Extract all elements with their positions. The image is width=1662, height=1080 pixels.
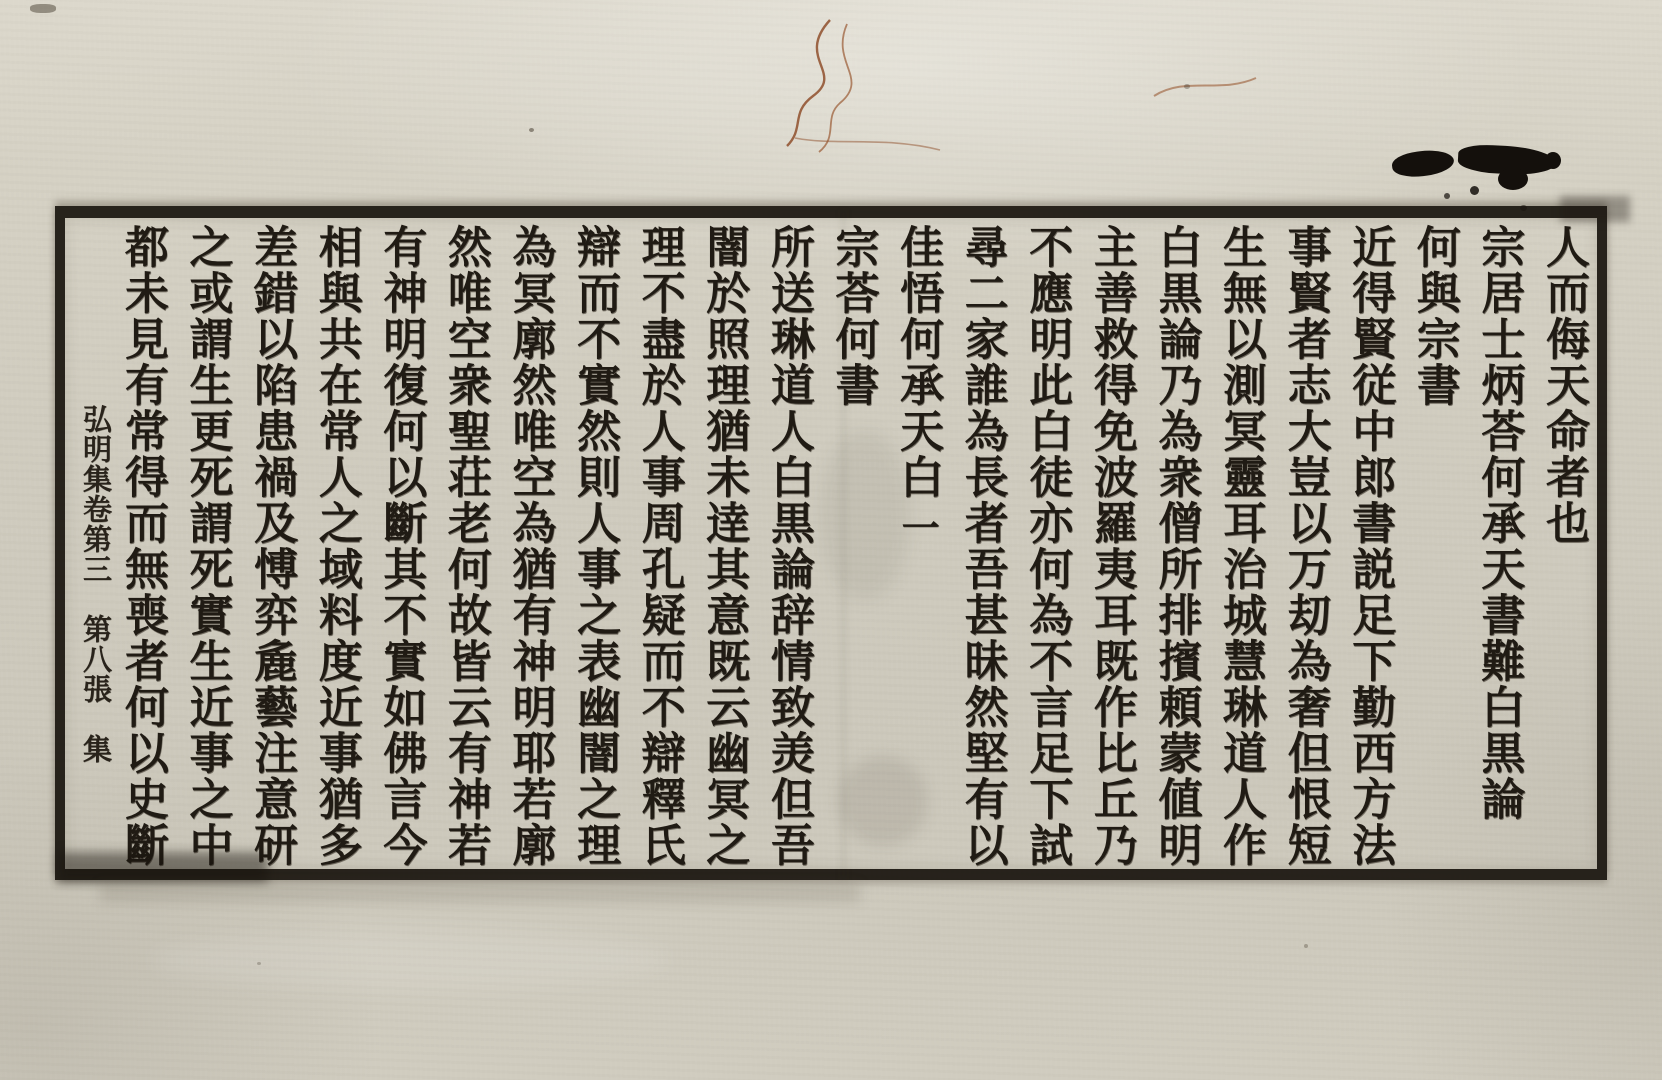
ink-blot-speck [1470,186,1479,195]
margin-fascicle-label: 弘明集卷第三 第八張 集 [75,404,117,764]
text-column-9: 不應明此白徒亦何為不言足下試 [1014,224,1079,872]
text-column-3: 何與宗書 [1401,224,1466,872]
manuscript-page: 人而侮天命者也宗居士炳荅何承天書難白黒論何與宗書近得賢従中郎書説足下勤西方法事賢… [0,0,1662,1080]
speck [1304,944,1308,948]
text-column-8: 主善救得免波羅夷耳既作比丘乃 [1078,224,1143,872]
text-column-5: 事賢者志大豈以万刧為奢但恨短 [1272,224,1337,872]
text-column-17: 為冥廓然唯空為猶有神明耶若廓 [497,224,562,872]
ink-blot [1498,168,1528,190]
text-column-11: 佳悟何承天白一 [884,224,949,872]
text-column-10: 尋二家誰為長者吾甚昧然堅有以 [949,224,1014,872]
text-column-16: 辯而不實然則人事之表幽闇之理 [562,224,627,872]
speck [30,4,56,13]
text-column-23: 都未見有常得而無喪者何以史斷 [109,224,174,872]
text-column-4: 近得賢従中郎書説足下勤西方法 [1337,224,1402,872]
ink-blot [1545,152,1561,169]
ink-blot-speck [1444,193,1450,199]
text-column-15: 理不盡於人事周孔疑而不辯釋氏 [626,224,691,872]
text-column-18: 然唯空衆聖荘老何故皆云有神若 [432,224,497,872]
text-block-frame: 人而侮天命者也宗居士炳荅何承天書難白黒論何與宗書近得賢従中郎書説足下勤西方法事賢… [55,206,1607,880]
paper-fiber-curl [735,18,965,168]
letter-end-mark: 一 [884,508,949,548]
paper-highlight [150,930,670,990]
text-column-21: 差錯以陷患禍及愽弈麁藝注意研 [239,224,304,872]
speck [529,128,534,132]
paper-fiber-strand [1150,66,1260,106]
text-column-2: 宗居士炳荅何承天書難白黒論 [1466,224,1531,872]
text-column-12: 宗荅何書 [820,224,885,872]
text-column-19: 有神明復何以斷其不實如佛言今 [368,224,433,872]
speck [1184,84,1190,89]
text-columns: 人而侮天命者也宗居士炳荅何承天書難白黒論何與宗書近得賢従中郎書説足下勤西方法事賢… [109,224,1595,872]
text-column-22: 之或謂生更死謂死實生近事之中 [174,224,239,872]
text-column-20: 相與共在常人之域料度近事猶多 [303,224,368,872]
text-column-7: 白黒論乃為衆僧所排擯頼蒙値明 [1143,224,1208,872]
text-column-14: 闇於照理猶未逹其意既云幽冥之 [691,224,756,872]
smudge [100,884,860,902]
speck [257,962,261,965]
text-column-6: 生無以測冥靈耳治城慧琳道人作 [1207,224,1272,872]
text-column-13: 所送琳道人白黒論辞情致羙但吾 [755,224,820,872]
text-column-1: 人而侮天命者也 [1530,224,1595,872]
ink-blot [1391,147,1456,179]
